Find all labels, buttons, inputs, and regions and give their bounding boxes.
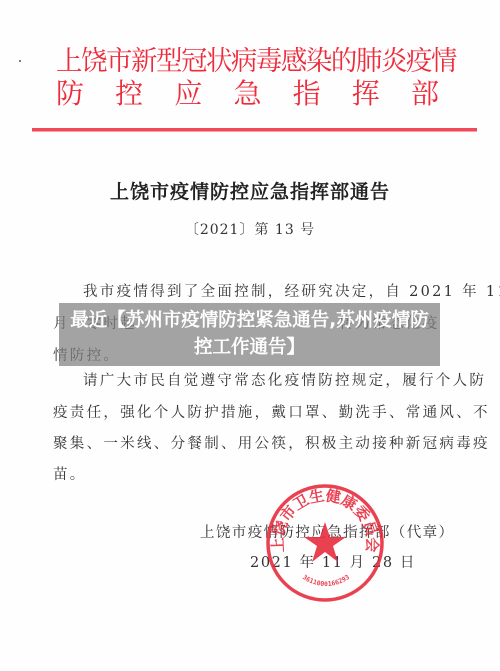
paragraph-2-line-3: 聚集、一米线、分餐制、用公筷，积极主动接种新冠病毒疫 [53, 428, 453, 460]
red-divider-line [32, 128, 477, 132]
paragraph-2-line-4: 苗。 [53, 459, 453, 491]
letterhead-char: 防 [56, 78, 84, 110]
document-title: 上饶市疫情防控应急指挥部通告 [0, 177, 500, 204]
letterhead-char: 指 [293, 78, 321, 110]
svg-text:3611000166293: 3611000166293 [301, 573, 351, 588]
scan-speck [19, 60, 21, 62]
caption-overlay-banner: 最近【苏州市疫情防控紧急通告,苏州疫情防控工作通告】 [59, 303, 440, 366]
stamp-serial: 3611000166293 [301, 573, 351, 588]
letterhead-char: 急 [233, 78, 261, 110]
letterhead-char: 挥 [352, 78, 380, 110]
red-letterhead: 上饶市新型冠状病毒感染的肺炎疫情 防 控 应 急 指 挥 部 [56, 46, 446, 110]
document-number: 〔2021〕第 13 号 [0, 219, 500, 239]
caption-overlay-text: 最近【苏州市疫情防控紧急通告,苏州疫情防控工作通告】 [59, 307, 440, 361]
letterhead-char: 控 [115, 78, 143, 110]
document-page: 上饶市新型冠状病毒感染的肺炎疫情 防 控 应 急 指 挥 部 上饶市疫情防控应急… [0, 0, 500, 671]
letterhead-org-line1: 上饶市新型冠状病毒感染的肺炎疫情 [56, 46, 438, 78]
paragraph-2-line-1: 请广大市民自觉遵守常态化疫情防控规定，履行个人防 [83, 365, 483, 397]
official-seal-stamp: 上饶市卫生健康委员会 3611000166293 [264, 482, 386, 604]
letterhead-org-line2: 防 控 应 急 指 挥 部 [56, 78, 439, 110]
paragraph-2-line-2: 疫责任，强化个人防护措施，戴口罩、勤洗手、常通风、不 [53, 397, 453, 429]
letterhead-char: 应 [174, 78, 202, 110]
letterhead-char: 部 [411, 78, 439, 110]
star-icon [304, 522, 346, 562]
